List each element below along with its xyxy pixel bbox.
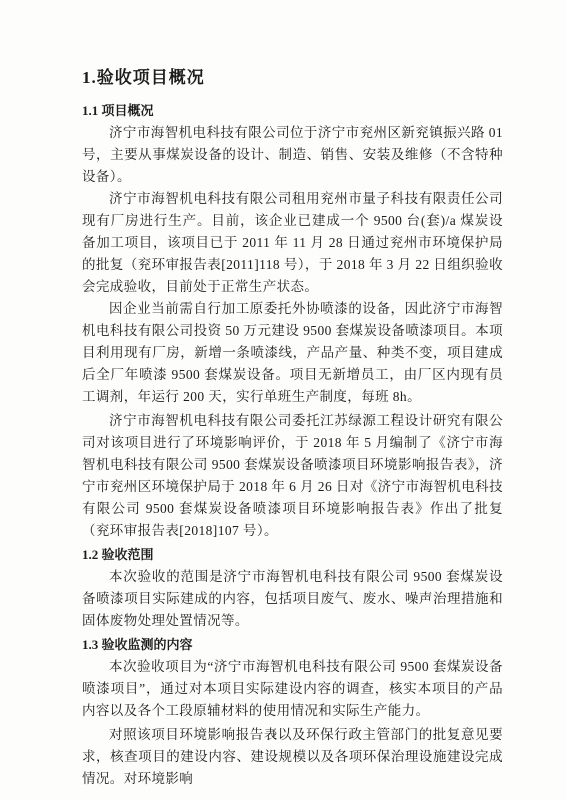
document-title: 1.验收项目概况 bbox=[82, 66, 503, 90]
section-heading-acceptance-scope: 1.2 验收范围 bbox=[82, 544, 503, 566]
page-number: 1 bbox=[0, 728, 547, 740]
section-heading-project-overview: 1.1 项目概况 bbox=[82, 100, 503, 122]
paragraph-new-painting-project: 因企业当前需自行加工原委托外协喷漆的设备，因此济宁市海智机电科技有限公司投资 5… bbox=[82, 298, 503, 408]
paragraph-existing-project: 济宁市海智机电科技有限公司租用兖州市量子科技有限责任公司现有厂房进行生产。目前，… bbox=[82, 188, 503, 298]
document-page: 1.验收项目概况 1.1 项目概况 济宁市海智机电科技有限公司位于济宁市兖州区新… bbox=[0, 0, 566, 800]
paragraph-eia-approval: 济宁市海智机电科技有限公司委托江苏绿源工程设计研究有限公司对该项目进行了环境影响… bbox=[82, 410, 503, 542]
paragraph-monitoring-survey: 本次验收项目为“济宁市海智机电科技有限公司 9500 套煤炭设备喷漆项目”，通过… bbox=[82, 656, 503, 722]
paragraph-acceptance-scope: 本次验收的范围是济宁市海智机电科技有限公司 9500 套煤炭设备喷漆项目实际建成… bbox=[82, 566, 503, 632]
paragraph-company-location: 济宁市海智机电科技有限公司位于济宁市兖州区新兖镇振兴路 01 号，主要从事煤炭设… bbox=[82, 122, 503, 188]
section-heading-monitoring-content: 1.3 验收监测的内容 bbox=[82, 634, 503, 656]
